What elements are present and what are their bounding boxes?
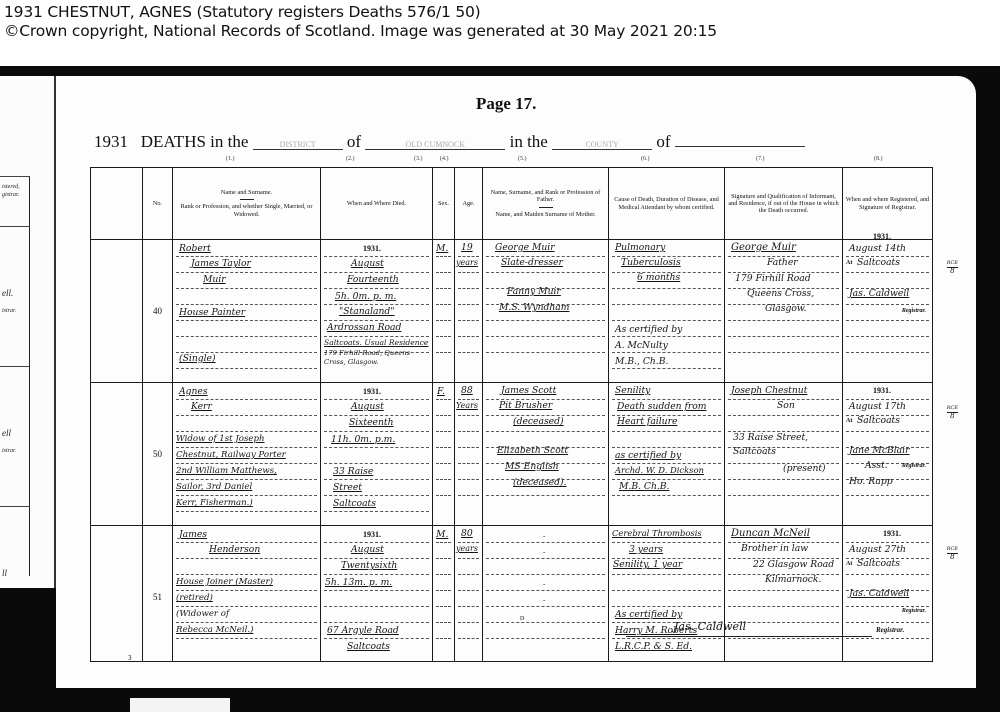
occupation-line: Rebecca McNeil.) <box>176 625 253 635</box>
header-informant: Signature and Qualification of Informant… <box>725 168 843 240</box>
cause-cell: Cerebral Thrombosis 3 years Senility, 1 … <box>609 526 725 662</box>
register-page: Page 17. 1931 DEATHS in the DISTRICT of … <box>56 76 976 688</box>
fragment-text: ll <box>2 568 7 578</box>
mother-name: Fanny Muir <box>507 286 561 297</box>
margin-cell <box>91 240 143 383</box>
blank-mark: - <box>543 580 545 588</box>
mother-name: Elizabeth Scott <box>497 445 568 456</box>
father-status: (deceased) <box>513 416 564 427</box>
county-type-field: COUNTY <box>552 140 652 150</box>
header-margin <box>91 168 143 240</box>
death-day: Twentysixth <box>341 560 397 571</box>
cause-line: Death sudden from <box>617 401 707 412</box>
forename: James <box>179 529 207 540</box>
registration-year: 1931. <box>873 232 891 241</box>
informant-name: Joseph Chestnut <box>731 385 807 396</box>
register-year: 1931 <box>94 132 128 151</box>
registrar-role: Asst. <box>865 460 888 471</box>
name-cell: Robert James Taylor Muir House Painter (… <box>173 240 321 383</box>
record-title: 1931 CHESTNUT, AGNES (Statutory register… <box>4 3 481 21</box>
informant-address: Glasgow. <box>765 303 807 314</box>
registration-year: 1931. <box>873 386 891 395</box>
occupation-line: Widow of 1st Joseph <box>176 434 265 444</box>
usual-residence: 179 Firhill Road, Queens <box>324 349 410 357</box>
fragment-text: istered, <box>2 184 20 190</box>
column-number: (7.) <box>756 156 765 162</box>
district-type-field: DISTRICT <box>253 140 343 150</box>
column-number: (4.) <box>440 156 449 162</box>
cause-cell: Senility Death sudden from Heart failure… <box>609 383 725 526</box>
age-value: 80 <box>461 528 473 539</box>
medical-attendant: Archd. W. D. Dickson <box>615 465 704 475</box>
register-entry: 40 Robert James Taylor Muir House Painte… <box>91 240 933 383</box>
registrar-signature: Jas. Caldwell <box>849 588 909 599</box>
medical-attendant: A. McNulty <box>615 340 668 351</box>
surname: Henderson <box>209 544 260 555</box>
fragment-text: istrar. <box>2 448 16 454</box>
entry-no-cell: 40 <box>143 240 173 383</box>
death-month: August <box>351 258 384 269</box>
header-cause: Cause of Death, Duration of Disease, and… <box>609 168 725 240</box>
informant-relation: Father <box>767 257 798 268</box>
informant-relation: Brother in law <box>741 543 808 554</box>
surname: Muir <box>203 274 226 285</box>
death-month: August <box>351 544 384 555</box>
death-year: 1931. <box>363 530 381 539</box>
certified-by: As certified by <box>615 324 682 335</box>
informant-presence: (present) <box>783 463 826 474</box>
death-place-line: "Stanaland" <box>339 306 395 317</box>
cause-line: Pulmonary <box>615 242 665 253</box>
blank-mark: - <box>543 532 545 540</box>
cause-line: Senility <box>615 385 650 396</box>
usual-residence: Cross, Glasgow. <box>324 358 379 366</box>
middle-name: James Taylor <box>191 258 251 269</box>
occupation-line: Chestnut, Railway Porter <box>176 450 286 460</box>
when-where-cell: 1931. August Sixteenth 11h. 0m. p.m. 33 … <box>321 383 433 526</box>
informant-address: Kilmarnock. <box>765 574 821 585</box>
district-name-field: OLD CUMNOCK <box>365 140 505 150</box>
age-unit: Years <box>456 401 478 410</box>
fragment-text: istrar. <box>2 308 16 314</box>
name-cell: Agnes Kerr Widow of 1st Joseph Chestnut,… <box>173 383 321 526</box>
cause-duration: 6 months <box>637 272 680 283</box>
footer-registrar-label: Registrar. <box>876 626 904 634</box>
page-mark: D <box>520 616 524 622</box>
cause-cell: Pulmonary Tuberculosis 6 months As certi… <box>609 240 725 383</box>
when-where-cell: 1931. August Fourteenth 5h. 0m. p. m. "S… <box>321 240 433 383</box>
margin-cell <box>91 383 143 526</box>
header-when-where: When and Where Died. <box>321 168 433 240</box>
header-age: Age. <box>455 168 483 240</box>
column-number: (1.) <box>226 156 235 162</box>
parents-cell: George Muir Slate-dresser Fanny Muir M.S… <box>483 240 609 383</box>
death-year: 1931. <box>363 387 381 396</box>
age-value: 88 <box>461 385 473 396</box>
registration-place: Saltcoats <box>857 415 900 426</box>
registrar-label: Registrar. <box>902 308 926 314</box>
entry-no-cell: 51 <box>143 526 173 662</box>
sex-cell: M. <box>433 526 455 662</box>
informant-name: Duncan McNeil <box>731 528 810 539</box>
cause-line: Heart failure <box>617 416 677 427</box>
registered-cell: 1931. August 27th At Saltcoats Jas. Cald… <box>843 526 933 662</box>
occupation-line: Kerr, Fisherman.) <box>176 498 253 508</box>
informant-cell: Joseph Chestnut Son 33 Raise Street, Sal… <box>725 383 843 526</box>
sex-cell: M. <box>433 240 455 383</box>
death-place-line: Street <box>333 482 362 493</box>
father-occupation: Pit Brusher <box>499 400 552 411</box>
age-unit: years <box>456 258 478 267</box>
header-parents: Name, Surname, and Rank or Profession of… <box>483 168 609 240</box>
registration-place: Saltcoats <box>857 558 900 569</box>
death-place-line: 67 Argyle Road <box>327 625 399 636</box>
deaths-register-table: No. Name and Surname. Rank or Profession… <box>90 167 933 662</box>
footer-registrar-signature: Jas. Caldwell <box>674 620 746 633</box>
of2-label: of <box>656 132 670 151</box>
registrar-label: Registrar. <box>902 608 926 614</box>
death-place-line: Saltcoats <box>333 498 376 509</box>
mother-status: (deceased). <box>513 477 567 488</box>
certified-by: As certified by <box>615 609 682 620</box>
previous-page-table-edge: istered, gistrar. ell. istrar. ell istra… <box>0 176 30 576</box>
register-entry: 51 James Henderson House Joiner (Master)… <box>91 526 933 662</box>
informant-relation: Son <box>777 400 795 411</box>
death-month: August <box>351 401 384 412</box>
death-place-line: 33 Raise <box>333 466 373 477</box>
registration-date: August 17th <box>849 401 906 412</box>
informant-cell: Duncan McNeil Brother in law 22 Glasgow … <box>725 526 843 662</box>
entry-no-cell: 50 <box>143 383 173 526</box>
parents-cell: - - - - <box>483 526 609 662</box>
fragment-text: ell <box>2 428 11 438</box>
medical-qualification: M.B., Ch.B. <box>615 356 668 367</box>
registered-cell: 1931. August 17th At Saltcoats Jane McBl… <box>843 383 933 526</box>
death-year: 1931. <box>363 244 381 253</box>
page-mark: 3 <box>128 654 132 662</box>
forename: Robert <box>179 243 211 254</box>
death-time: 11h. 0m. p.m. <box>331 434 395 445</box>
death-day: Fourteenth <box>347 274 399 285</box>
informant-name: George Muir <box>731 242 796 253</box>
marital-status: (Single) <box>179 353 216 364</box>
footer-signature-line <box>626 636 872 637</box>
age-cell: 88 Years <box>455 383 483 526</box>
death-time: 5h. 0m. p. m. <box>335 291 396 302</box>
page-number: Page 17. <box>476 94 536 114</box>
header-name: Name and Surname. Rank or Profession, an… <box>173 168 321 240</box>
column-number: (6.) <box>641 156 650 162</box>
copyright-notice: ©Crown copyright, National Records of Sc… <box>4 22 717 40</box>
informant-address: 33 Raise Street, <box>733 432 808 443</box>
registration-year: 1931. <box>883 529 901 538</box>
of-label: of <box>347 132 361 151</box>
header-sex: Sex. <box>433 168 455 240</box>
margin-reference: RCE8 <box>947 546 958 561</box>
surname: Kerr <box>191 401 212 412</box>
registration-place: Saltcoats <box>857 257 900 268</box>
death-day: Sixteenth <box>349 417 394 428</box>
entry-number: 50 <box>143 449 172 459</box>
death-place-line: Saltcoats <box>347 641 390 652</box>
occupation-line: Sailor, 3rd Daniel <box>176 482 252 492</box>
at-label: At <box>846 260 852 266</box>
registrar-signature: Jane McBlair <box>849 445 910 456</box>
medical-qualification: M.B. Ch.B. <box>619 481 669 492</box>
margin-reference: RCE8 <box>947 405 958 420</box>
registrar-signature: Jas. Caldwell <box>849 288 909 299</box>
father-name: George Muir <box>495 242 555 253</box>
header-registered: When and where Registered, and Signature… <box>843 168 933 240</box>
column-number: (2.) <box>346 156 355 162</box>
at-label: At <box>846 561 852 567</box>
margin-cell <box>91 526 143 662</box>
age-unit: years <box>456 544 478 553</box>
name-cell: James Henderson House Joiner (Master) (r… <box>173 526 321 662</box>
header-no: No. <box>143 168 173 240</box>
occupation: House Painter <box>179 307 245 318</box>
margin-reference: RCE8 <box>947 260 958 275</box>
occupation-line: (retired) <box>176 593 213 603</box>
cause-line: Tuberculosis <box>621 257 681 268</box>
in-the-label: in the <box>510 132 548 151</box>
cause-line: Cerebral Thrombosis <box>612 528 702 538</box>
sex-cell: F. <box>433 383 455 526</box>
forename: Agnes <box>179 386 208 397</box>
death-place-line: Ardrossan Road <box>327 322 401 333</box>
age-cell: 19 years <box>455 240 483 383</box>
when-where-cell: 1931. August Twentysixth 5h. 13m. p. m. … <box>321 526 433 662</box>
sex-value: M. <box>436 529 448 540</box>
register-entry: 50 Agnes Kerr Widow of 1st Joseph Chestn… <box>91 383 933 526</box>
registrar-label: Registrar. <box>902 463 926 469</box>
death-place-line: Saltcoats. Usual Residence <box>324 338 428 347</box>
registration-date: August 14th <box>849 243 906 254</box>
informant-address: Saltcoats <box>733 446 776 457</box>
cause-line: Senility, 1 year <box>613 559 682 570</box>
sex-value: F. <box>437 386 445 397</box>
header-row: No. Name and Surname. Rank or Profession… <box>91 168 933 240</box>
column-number: (8.) <box>874 156 883 162</box>
mother-maiden-name: MS English <box>505 461 559 472</box>
age-value: 19 <box>461 242 473 253</box>
informant-address: Queens Cross, <box>747 288 814 299</box>
cause-duration: 3 years <box>629 544 663 555</box>
registration-date: August 27th <box>849 544 906 555</box>
occupation-line: 2nd William Matthews, <box>176 466 277 476</box>
fragment-text: gistrar. <box>2 192 19 198</box>
age-cell: 80 years <box>455 526 483 662</box>
informant-address: 179 Firhill Road <box>735 273 811 284</box>
county-name-field <box>675 146 805 147</box>
registrar-extra: Ho. Rapp <box>849 476 893 487</box>
certified-by: as certified by <box>615 450 681 461</box>
blank-mark: - <box>543 596 545 604</box>
mother-maiden-name: M.S. Wyndham <box>499 302 569 313</box>
parents-cell: James Scott Pit Brusher (deceased) Eliza… <box>483 383 609 526</box>
register-headline: 1931 DEATHS in the DISTRICT of OLD CUMNO… <box>94 132 805 152</box>
blank-mark: - <box>543 548 545 556</box>
father-name: James Scott <box>501 385 556 396</box>
occupation-line: House Joiner (Master) <box>176 577 273 587</box>
informant-address: 22 Glasgow Road <box>753 559 834 570</box>
at-label: At <box>846 418 852 424</box>
entry-number: 51 <box>143 592 172 602</box>
column-number: (3.) <box>414 156 423 162</box>
fragment-text: ell. <box>2 288 13 298</box>
registered-cell: 1931. August 14th At Saltcoats Jas. Cald… <box>843 240 933 383</box>
sex-value: M. <box>436 243 448 254</box>
father-occupation: Slate-dresser <box>501 257 563 268</box>
scan-strip <box>130 698 230 712</box>
occupation-line: (Widower of <box>176 609 229 619</box>
register-title: DEATHS in the <box>141 132 249 151</box>
medical-qualification: L.R.C.P. & S. Ed. <box>615 641 692 652</box>
column-number: (5.) <box>518 156 527 162</box>
informant-cell: George Muir Father 179 Firhill Road Quee… <box>725 240 843 383</box>
death-time: 5h. 13m. p. m. <box>325 577 392 588</box>
previous-page-edge: istered, gistrar. ell. istrar. ell istra… <box>0 76 56 588</box>
entry-number: 40 <box>143 306 172 316</box>
